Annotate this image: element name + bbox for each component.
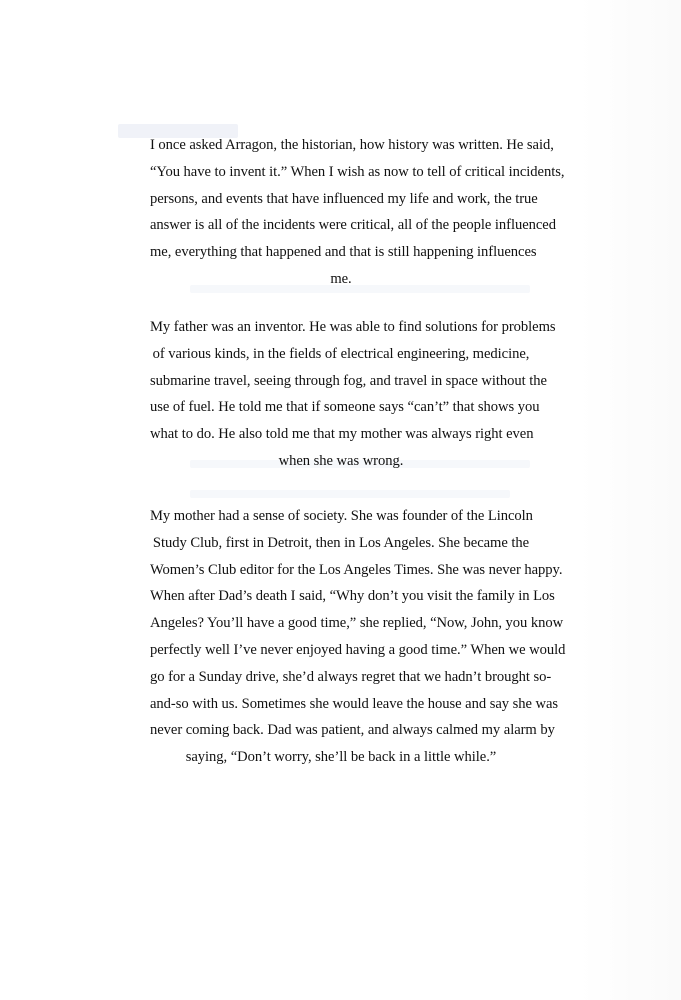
text-line: answer is all of the incidents were crit… [150,212,532,239]
paragraph-father-inventor: My father was an inventor. He was able t… [150,314,532,475]
text-line: go for a Sunday drive, she’d always regr… [150,664,532,691]
text-line: Study Club, first in Detroit, then in Lo… [150,530,532,557]
text-line: me, everything that happened and that is… [150,239,532,266]
paragraph-arragon-history: I once asked Arragon, the historian, how… [150,132,532,293]
text-line: what to do. He also told me that my moth… [150,421,532,448]
text-line: When after Dad’s death I said, “Why don’… [150,583,532,610]
text-line: Women’s Club editor for the Los Angeles … [150,557,532,584]
text-line: “You have to invent it.” When I wish as … [150,159,532,186]
text-line: saying, “Don’t worry, she’ll be back in … [150,744,532,771]
scanned-page: I once asked Arragon, the historian, how… [0,0,681,1000]
text-line: Angeles? You’ll have a good time,” she r… [150,610,532,637]
text-line: My father was an inventor. He was able t… [150,314,532,341]
bleed-through-mark [190,490,510,498]
text-line: never coming back. Dad was patient, and … [150,717,532,744]
text-line: use of fuel. He told me that if someone … [150,394,532,421]
text-line: I once asked Arragon, the historian, how… [150,132,532,159]
text-line: me. [150,266,532,293]
text-line: of various kinds, in the fields of elect… [150,341,532,368]
text-line: when she was wrong. [150,448,532,475]
paragraph-mother-society: My mother had a sense of society. She wa… [150,503,532,771]
text-line: submarine travel, seeing through fog, an… [150,368,532,395]
text-line: My mother had a sense of society. She wa… [150,503,532,530]
text-line: and-so with us. Sometimes she would leav… [150,691,532,718]
text-line: persons, and events that have influenced… [150,186,532,213]
text-line: perfectly well I’ve never enjoyed having… [150,637,532,664]
